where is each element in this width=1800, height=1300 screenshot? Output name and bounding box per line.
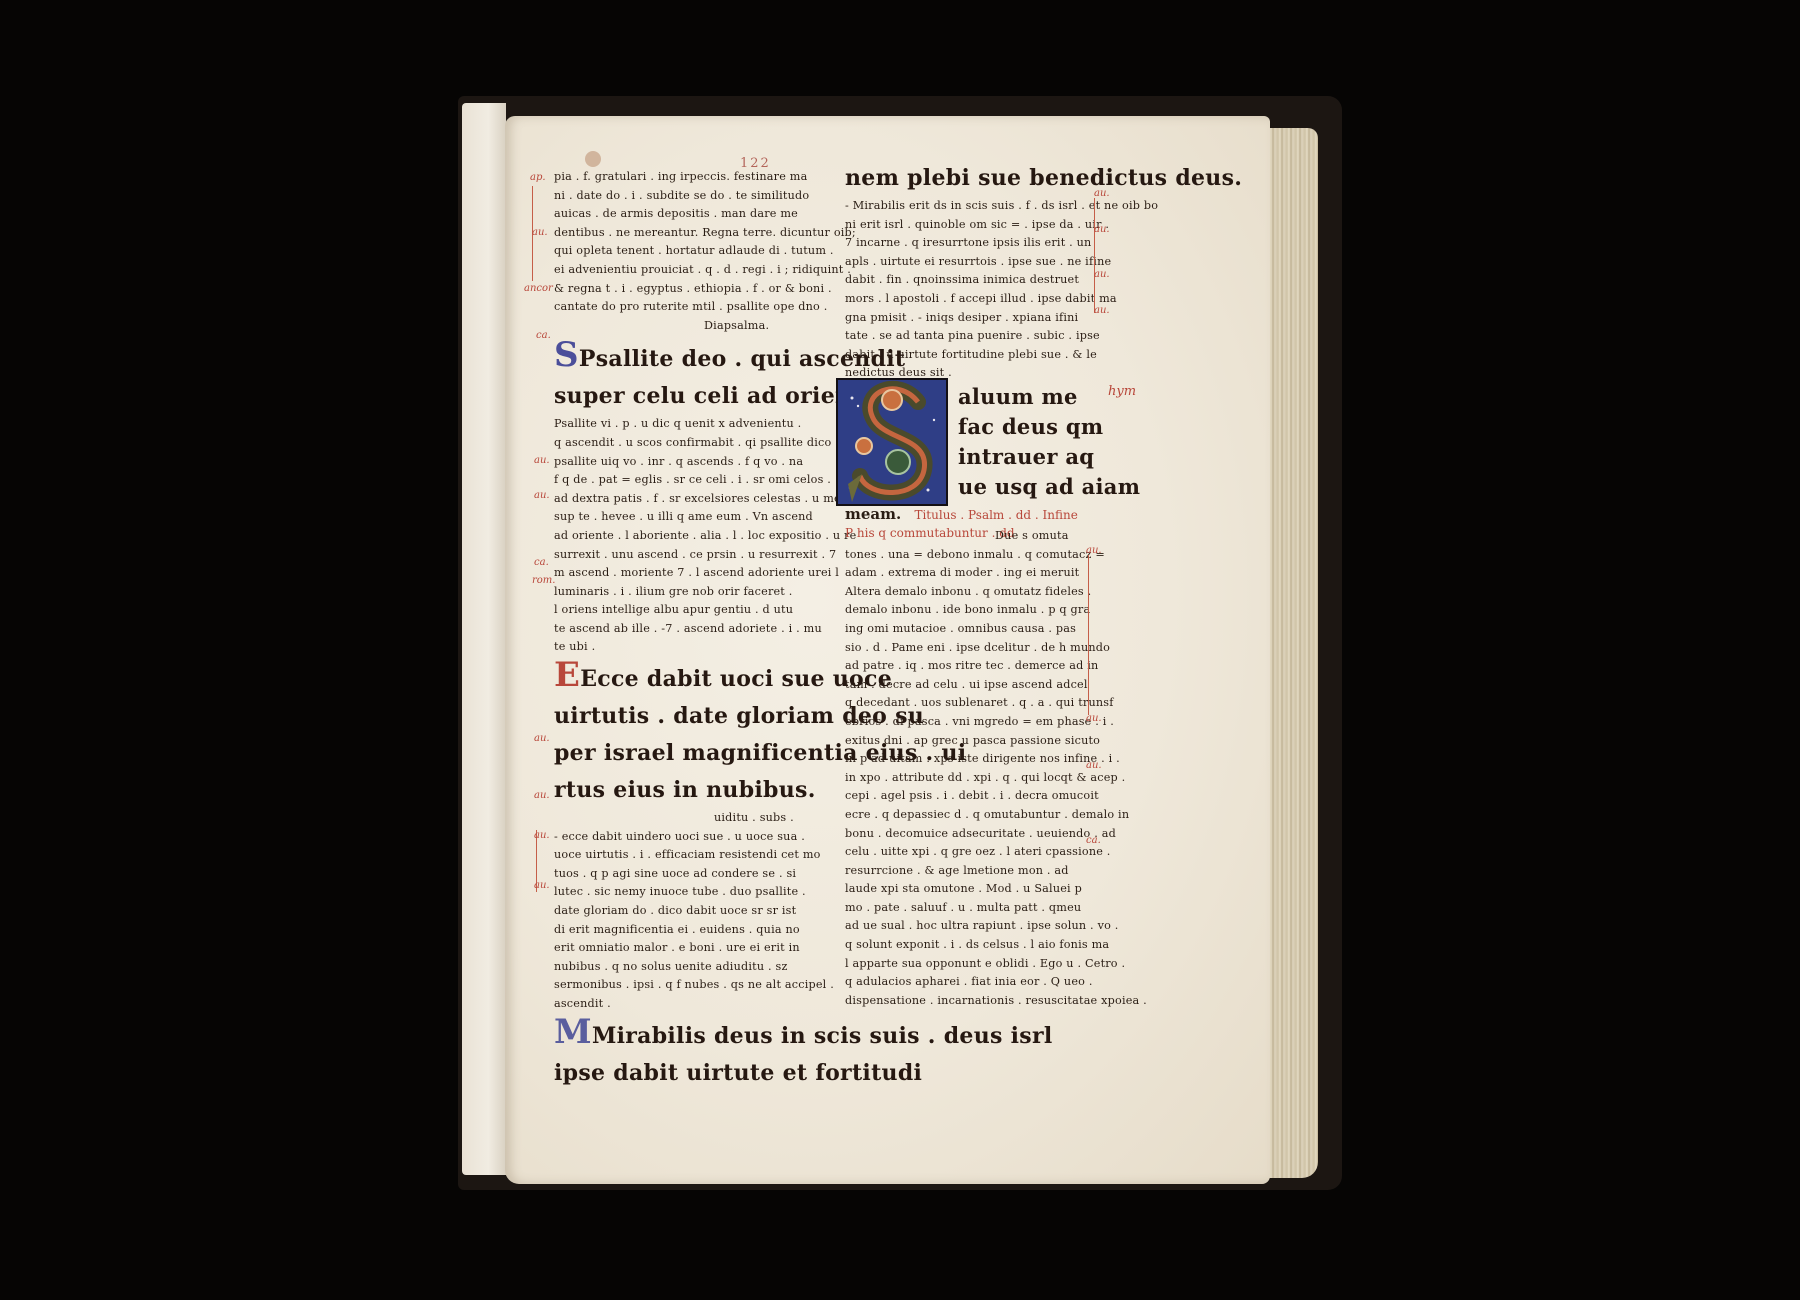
margin-note: ca. bbox=[536, 330, 551, 341]
fore-edge-page-stack bbox=[1266, 128, 1318, 1178]
gloss-line: tones . una = debono inmalu . q comutacz… bbox=[845, 546, 1095, 565]
main-text-block-1: SPsallite deo . qui ascendit super celu … bbox=[554, 337, 804, 415]
gloss-line: sermonibus . ipsi . q f nubes . qs ne al… bbox=[554, 976, 804, 995]
gloss-line: & regna t . i . egyptus . ethiopia . f .… bbox=[554, 280, 804, 299]
gloss-block-low: uiditu . subs . - ecce dabit uindero uoc… bbox=[554, 809, 804, 1014]
left-column: pia . f. gratulari . ing irpeccis. festi… bbox=[554, 168, 804, 1092]
gloss-line: sup te . hevee . u illi q ame eum . Vn a… bbox=[554, 508, 804, 527]
margin-bracket bbox=[1088, 555, 1089, 715]
gloss-line: in xpo . attribute dd . xpi . q . qui lo… bbox=[845, 769, 1095, 788]
gloss-line: resurrcione . & age lmetione mon . ad bbox=[845, 862, 1095, 881]
margin-note: rom. bbox=[532, 575, 555, 586]
gloss-line: - Mirabilis erit ds in scis suis . f . d… bbox=[845, 197, 1095, 216]
gloss-line: dentibus . ne mereantur. Regna terre. di… bbox=[554, 224, 804, 243]
gloss-line: ecre . q depassiec d . q omutabuntur . d… bbox=[845, 806, 1095, 825]
gloss-line: erit omniatio malor . e boni . ure ei er… bbox=[554, 939, 804, 958]
blue-initial-m: M bbox=[554, 1012, 592, 1052]
margin-note: au. bbox=[1086, 760, 1102, 771]
gloss-line: l oriens intellige albu apur gentiu . d … bbox=[554, 601, 804, 620]
gloss-line: dabit . fin . qnoinssima inimica destrue… bbox=[845, 271, 1095, 290]
gloss-line: dabit . u uirtute fortitudine plebi sue … bbox=[845, 346, 1095, 365]
gloss-line: ei advenientiu prouiciat . q . d . regi … bbox=[554, 261, 804, 280]
gloss-line: ni . date do . i . subdite se do . te si… bbox=[554, 187, 804, 206]
gloss-line: adam . extrema di moder . ing ei meruit bbox=[845, 564, 1095, 583]
gloss-block-top: - Mirabilis erit ds in scis suis . f . d… bbox=[845, 197, 1095, 383]
text-line: EEcce dabit uoci sue uoce bbox=[554, 657, 804, 698]
gloss-line: tate . se ad tanta pina puenire . subic … bbox=[845, 327, 1095, 346]
gloss-line: q decedant . uos sublenaret . q . a . qu… bbox=[845, 694, 1095, 713]
margin-note-hym: hym bbox=[1108, 384, 1136, 399]
gloss-line: auicas . de armis depositis . man dare m… bbox=[554, 205, 804, 224]
gloss-block-main: Due s omuta tones . una = debono inmalu … bbox=[845, 527, 1095, 1010]
main-text-block-2: EEcce dabit uoci sue uoce uirtutis . dat… bbox=[554, 657, 804, 809]
gloss-line: bonu . decomuice adsecuritate . ueuiendo… bbox=[845, 825, 1095, 844]
rubric-diapsalma: Diapsalma. bbox=[554, 317, 804, 336]
gloss-line: - ecce dabit uindero uoci sue . u uoce s… bbox=[554, 828, 804, 847]
margin-note: au. bbox=[534, 733, 550, 744]
gloss-line: 7 incarne . q iresurrtone ipsis ilis eri… bbox=[845, 234, 1095, 253]
rubric-title: Titulus . Psalm . dd . Infine bbox=[914, 508, 1077, 522]
margin-note: au. bbox=[1094, 269, 1110, 280]
gloss-line: apls . uirtute ei resurrtois . ipse sue … bbox=[845, 253, 1095, 272]
gloss-line: dispensatione . incarnationis . resuscit… bbox=[845, 992, 1095, 1011]
gloss-line: cantate do pro ruterite mtil . psallite … bbox=[554, 298, 804, 317]
text-line: rtus eius in nubibus. bbox=[554, 772, 804, 809]
illuminated-initial-s bbox=[836, 378, 948, 506]
text-line: fac deus qm bbox=[958, 412, 1140, 442]
main-text-block-2: aluum me fac deus qm intrauer aq ue usq … bbox=[958, 382, 1140, 502]
gloss-line: Due s omuta bbox=[845, 527, 1095, 546]
gloss-line: ing omi mutacioe . omnibus causa . pas bbox=[845, 620, 1095, 639]
margin-note: au. bbox=[534, 880, 550, 891]
gloss-line: demalo inbonu . ide bono inmalu . p q gr… bbox=[845, 601, 1095, 620]
margin-note: au. bbox=[532, 227, 548, 238]
gloss-line: ad oriente . l aboriente . alia . l . lo… bbox=[554, 527, 804, 546]
gloss-line: cepi . agel psis . i . debit . i . decra… bbox=[845, 787, 1095, 806]
text-line: per israel magnificentia eius . ui bbox=[554, 735, 804, 772]
margin-note: au. bbox=[1094, 224, 1110, 235]
gloss-line: uiditu . subs . bbox=[554, 809, 804, 828]
gloss-line: uoce uirtutis . i . efficaciam resistend… bbox=[554, 846, 804, 865]
gloss-line: laude xpi sta omutone . Mod . u Saluei p bbox=[845, 880, 1095, 899]
gloss-line: nubibus . q no solus uenite adiuditu . s… bbox=[554, 958, 804, 977]
margin-note: au. bbox=[1094, 305, 1110, 316]
text-line: MMirabilis deus in scis suis . deus isrl bbox=[554, 1014, 804, 1055]
parchment-stain bbox=[585, 151, 601, 167]
gloss-line: date gloriam do . dico dabit uoce sr sr … bbox=[554, 902, 804, 921]
gloss-line: tuos . q p agi sine uoce ad condere se .… bbox=[554, 865, 804, 884]
gloss-line: ad ue sual . hoc ultra rapiunt . ipse so… bbox=[845, 917, 1095, 936]
margin-note: ap. bbox=[530, 172, 546, 183]
text-line-meam: meam. Titulus . Psalm . dd . Infine bbox=[845, 505, 1078, 523]
verso-page-edge bbox=[462, 103, 506, 1175]
gloss-block-top: pia . f. gratulari . ing irpeccis. festi… bbox=[554, 168, 804, 335]
text-line: nem plebi sue benedictus deus. bbox=[845, 160, 1095, 197]
gloss-line: ni erit isrl . quinoble om sic = . ipse … bbox=[845, 216, 1095, 235]
gloss-line: mors . l apostoli . f accepi illud . ips… bbox=[845, 290, 1095, 309]
margin-bracket bbox=[1094, 198, 1095, 313]
gloss-line: lutec . sic nemy inuoce tube . duo psall… bbox=[554, 883, 804, 902]
text-line: super celu celi ad orientem. bbox=[554, 378, 804, 415]
gloss-line: sio . d . Pame eni . ipse dcelitur . de … bbox=[845, 639, 1095, 658]
text-line-content: meam. bbox=[845, 505, 901, 523]
gloss-line: in p ad uitam . xps iste dirigente nos i… bbox=[845, 750, 1095, 769]
gloss-line: celu . uitte xpi . q gre oez . l ateri c… bbox=[845, 843, 1095, 862]
gloss-block-mid: Psallite vi . p . u dic q uenit x adveni… bbox=[554, 415, 804, 657]
text-line: ipse dabit uirtute et fortitudi bbox=[554, 1055, 804, 1092]
gloss-line: tam . decre ad celu . ui ipse ascend adc… bbox=[845, 676, 1095, 695]
gloss-line: l apparte sua opponunt e oblidi . Ego u … bbox=[845, 955, 1095, 974]
margin-note: au. bbox=[1086, 713, 1102, 724]
margin-note: au. bbox=[534, 830, 550, 841]
text-line: SPsallite deo . qui ascendit bbox=[554, 337, 804, 378]
gloss-line: te ubi . bbox=[554, 638, 804, 657]
gloss-line: surrexit . unu ascend . ce prsin . u res… bbox=[554, 546, 804, 565]
gloss-line: gna pmisit . - iniqs desiper . xpiana if… bbox=[845, 309, 1095, 328]
gloss-line: di erit magnificentia ei . euidens . qui… bbox=[554, 921, 804, 940]
gloss-line: Psallite vi . p . u dic q uenit x adveni… bbox=[554, 415, 804, 434]
margin-note: au. bbox=[534, 455, 550, 466]
right-column: nem plebi sue benedictus deus. - Mirabil… bbox=[845, 160, 1095, 383]
gloss-line: pia . f. gratulari . ing irpeccis. festi… bbox=[554, 168, 804, 187]
gloss-line: q adulacios apharei . fiat inia eor . Q … bbox=[845, 973, 1095, 992]
margin-note: au. bbox=[534, 790, 550, 801]
gloss-line: f q de . pat = eglis . sr ce celi . i . … bbox=[554, 471, 804, 490]
gloss-line: mo . pate . saluuf . u . multa patt . qm… bbox=[845, 899, 1095, 918]
gloss-line: ad dextra patis . f . sr excelsiores cel… bbox=[554, 490, 804, 509]
gloss-line: luminaris . i . ilium gre nob orir facer… bbox=[554, 583, 804, 602]
main-text-block-3: MMirabilis deus in scis suis . deus isrl… bbox=[554, 1014, 804, 1092]
blue-initial-s: S bbox=[554, 335, 579, 375]
gloss-line: exitus dni . ap grec u pasca passione si… bbox=[845, 732, 1095, 751]
margin-note: au. bbox=[1094, 188, 1110, 199]
margin-note: ca. bbox=[534, 557, 549, 568]
red-initial-e: E bbox=[554, 655, 580, 695]
gloss-line: ebrios . di pasca . vni mgredo = em phas… bbox=[845, 713, 1095, 732]
margin-note: au. bbox=[534, 490, 550, 501]
gloss-line: q ascendit . u scos confirmabit . qi psa… bbox=[554, 434, 804, 453]
decorated-s-icon bbox=[838, 380, 946, 504]
margin-note: ancor bbox=[524, 283, 553, 294]
gloss-line: Altera demalo inbonu . q omutatz fideles… bbox=[845, 583, 1095, 602]
text-line: intrauer aq bbox=[958, 442, 1140, 472]
gloss-line: ad patre . iq . mos ritre tec . demerce … bbox=[845, 657, 1095, 676]
gloss-line: qui opleta tenent . hortatur adlaude di … bbox=[554, 242, 804, 261]
text-line: uirtutis . date gloriam deo su bbox=[554, 698, 804, 735]
margin-note: au. bbox=[1086, 545, 1102, 556]
gloss-line: psallite uiq vo . inr . q ascends . f q … bbox=[554, 453, 804, 472]
text-line: ue usq ad aiam bbox=[958, 472, 1140, 502]
gloss-line: m ascend . moriente 7 . l ascend adorien… bbox=[554, 564, 804, 583]
text-line-content: Mirabilis deus in scis suis . deus isrl bbox=[592, 1023, 1053, 1049]
gloss-line: te ascend ab ille . -7 . ascend adoriete… bbox=[554, 620, 804, 639]
margin-note: ca. bbox=[1086, 835, 1101, 846]
gloss-line: q solunt exponit . i . ds celsus . l aio… bbox=[845, 936, 1095, 955]
